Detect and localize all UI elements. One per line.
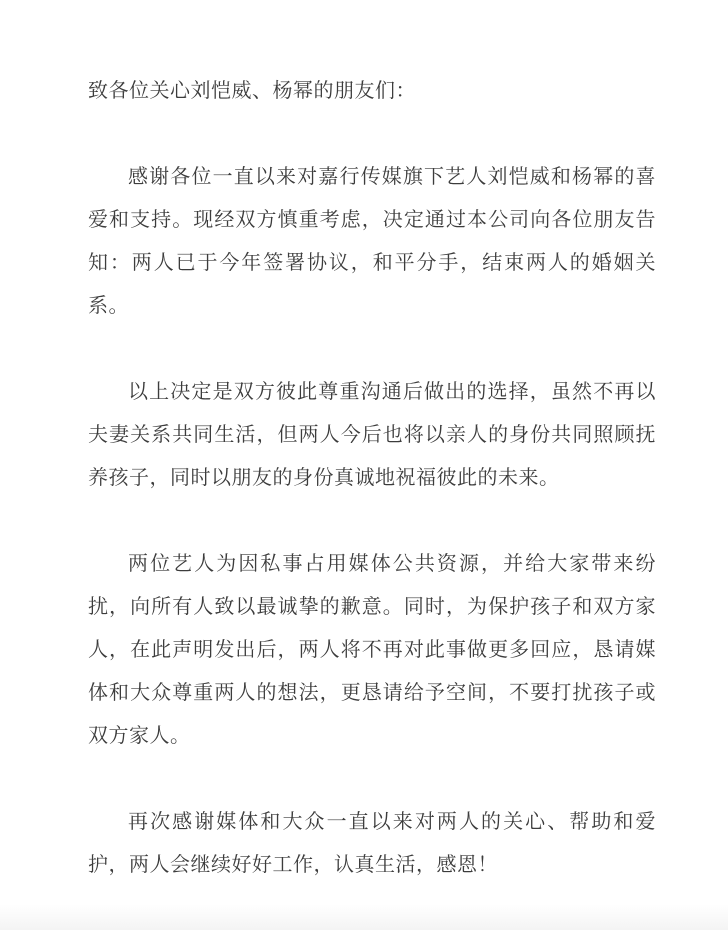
statement-paragraph-2: 以上决定是双方彼此尊重沟通后做出的选择，虽然不再以夫妻关系共同生活，但两人今后也… [88, 371, 656, 500]
statement-paragraph-4: 再次感谢媒体和大众一直以来对两人的关心、帮助和爱护，两人会继续好好工作，认真生活… [88, 801, 656, 887]
statement-paragraph-1: 感谢各位一直以来对嘉行传媒旗下艺人刘恺威和杨幂的喜爱和支持。现经双方慎重考虑，决… [88, 156, 656, 328]
statement-salutation: 致各位关心刘恺威、杨幂的朋友们： [88, 70, 656, 113]
statement-paragraph-3: 两位艺人为因私事占用媒体公共资源，并给大家带来纷扰，向所有人致以最诚挚的歉意。同… [88, 543, 656, 758]
statement-page: 致各位关心刘恺威、杨幂的朋友们： 感谢各位一直以来对嘉行传媒旗下艺人刘恺威和杨幂… [0, 0, 728, 930]
